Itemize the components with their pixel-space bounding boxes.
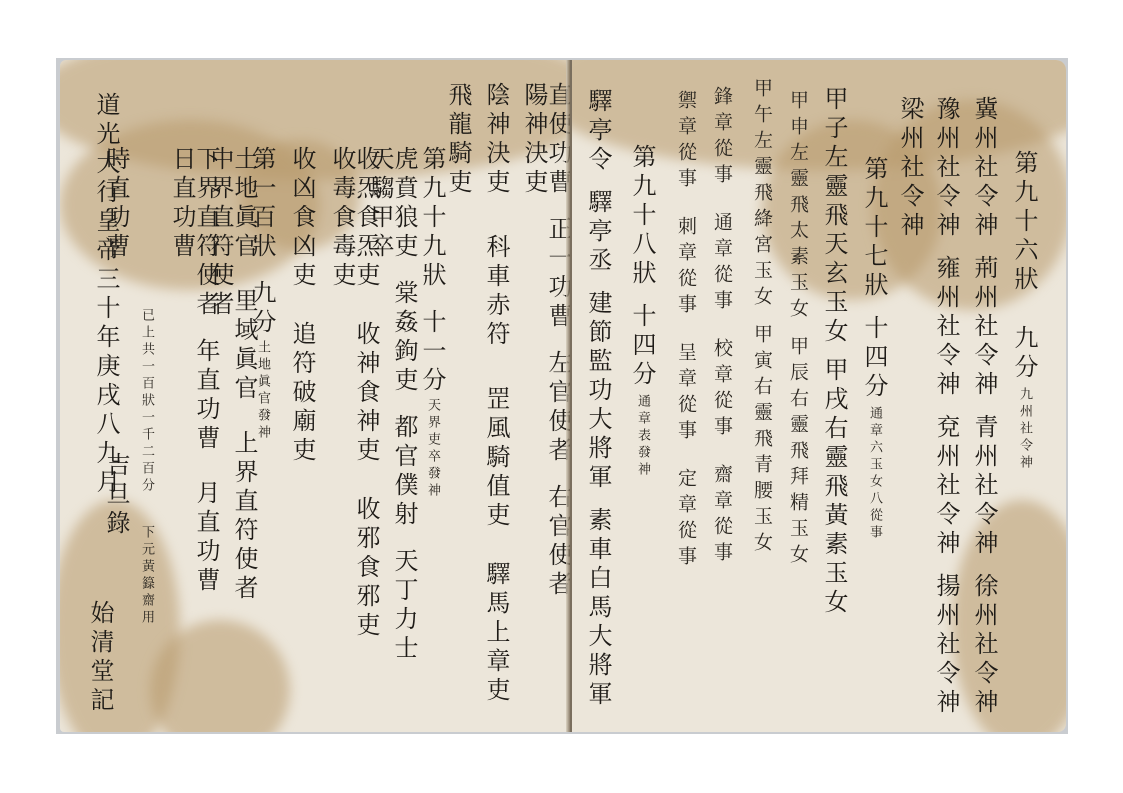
entry-text: 青州社令神 xyxy=(972,414,996,559)
section-score: 十一分 xyxy=(420,309,444,396)
entry-text: 甲子左靈飛天玄玉女 xyxy=(822,86,846,347)
entry-column: 收凶食凶吏追符破廟吏 xyxy=(290,146,314,466)
colophon-column: 道光大行皇帝三十年庚戌八九月 xyxy=(70,92,118,518)
entry-column: 禦章從事刺章從事呈章從事定章從事 xyxy=(676,90,695,572)
section-score: 十四分 xyxy=(630,303,654,390)
entry-text: 都官僕射 xyxy=(392,414,416,530)
entry-text: 荊州社令神 xyxy=(972,255,996,400)
section-heading-column: 第九十七狀十四分通章六玉女八從事 xyxy=(862,156,886,542)
entry-column: 直使功曹正一功曹左官使者右官使者陽神決吏 xyxy=(522,82,570,732)
entry-text: 年直功曹 xyxy=(194,338,218,454)
entry-text: 甲申左靈飛太素玉女 xyxy=(788,90,807,324)
entry-text: 收神食神吏 xyxy=(354,321,378,466)
entry-text: 驛亭丞 xyxy=(586,189,610,276)
section-note: 通章六玉女八從事 xyxy=(868,406,881,542)
entry-column: 鋒章從事通章從事校章從事齋章從事 xyxy=(712,86,731,568)
entry-text: 收毒食毒吏 xyxy=(330,146,354,291)
entry-text: 天丁力士 xyxy=(392,548,416,664)
entry-column: 驛亭令驛亭丞建節監功大將軍素車白馬大將軍 xyxy=(586,88,610,710)
summary-note-column: 已上共一百狀一千二百分下元黃籙齋用 xyxy=(140,308,153,627)
entry-column: 梁州社令神 xyxy=(898,96,922,241)
entry-text: 甲辰右靈飛拜精玉女 xyxy=(788,336,807,570)
entry-text: 禦章從事 xyxy=(676,90,695,194)
section-note: 通章表發神 xyxy=(636,394,649,479)
entry-text: 收凶食凶吏 xyxy=(290,146,314,291)
entry-text: 素車白馬大將軍 xyxy=(586,507,610,710)
ritual-use-note: 下元黃籙齋用 xyxy=(140,525,153,627)
entry-text: 冀州社令神 xyxy=(972,96,996,241)
section-score: 十四分 xyxy=(862,315,886,402)
entry-text: 虎賁狼吏 xyxy=(392,146,416,262)
entry-text: 甲寅右靈飛青腰玉女 xyxy=(752,324,771,558)
entry-text: 上界直符使者 xyxy=(232,430,256,604)
entry-text: 飛龍騎吏 xyxy=(446,82,470,198)
section-heading-column: 第九十八狀十四分通章表發神 xyxy=(630,144,654,479)
entry-text: 齋章從事 xyxy=(712,464,731,568)
entry-text: 鋒章從事 xyxy=(712,86,731,190)
entry-text: 土地眞官 xyxy=(232,146,256,262)
entry-column: 飛龍騎吏 xyxy=(446,82,470,198)
entry-text: 月直功曹 xyxy=(194,480,218,596)
entry-text: 追符破廟吏 xyxy=(290,321,314,466)
entry-text: 揚州社令神 xyxy=(934,573,958,718)
entry-text: 徐州社令神 xyxy=(972,573,996,718)
right-page: 第九十六狀九分九州社令神 冀州社令神荊州社令神青州社令神徐州社令神 豫州社令神雍… xyxy=(572,60,1066,732)
summary-note: 已上共一百狀一千二百分 xyxy=(140,308,153,495)
entry-text: 日直功曹 xyxy=(170,146,194,262)
entry-text: 下界直符使者 xyxy=(194,146,218,320)
entry-text: 兗州社令神 xyxy=(934,414,958,559)
colophon-studio: 始清堂記 xyxy=(88,600,112,716)
entry-column: 甲午左靈飛絳宮玉女甲寅右靈飛青腰玉女 xyxy=(752,78,771,558)
entry-text: 校章從事 xyxy=(712,338,731,442)
entry-column: 冀州社令神荊州社令神青州社令神徐州社令神 xyxy=(972,96,996,718)
bleed-through-text xyxy=(892,270,912,390)
entry-text: 罡風騎值吏 xyxy=(484,386,508,531)
colophon-date: 道光大行皇帝三十年庚戌八九月 xyxy=(94,92,118,498)
section-heading: 第九十六狀 xyxy=(1012,150,1036,295)
entry-text: 陽神決吏 xyxy=(522,82,546,198)
entry-text: 里域眞官 xyxy=(232,288,256,404)
entry-text: 驛亭令 xyxy=(586,88,610,175)
section-note: 天界吏卒發神 xyxy=(426,398,439,500)
entry-text: 刺章從事 xyxy=(676,216,695,320)
section-score: 九分 xyxy=(1012,325,1036,383)
left-page: 直使功曹正一功曹左官使者右官使者陽神決吏 陰神決吏科車赤符罡風騎值吏驛馬上章吏 … xyxy=(60,60,570,732)
entry-column: 甲申左靈飛太素玉女甲辰右靈飛拜精玉女 xyxy=(788,90,807,570)
entry-column: 下界直符使者年直功曹月直功曹日直功曹 xyxy=(170,146,218,732)
entry-text: 呈章從事 xyxy=(676,342,695,446)
entry-text: 雍州社令神 xyxy=(934,255,958,400)
entry-column: 陰神決吏科車赤符罡風騎值吏驛馬上章吏 xyxy=(484,82,508,706)
section-heading: 第九十七狀 xyxy=(862,156,886,301)
entry-text: 甲戌右靈飛黃素玉女 xyxy=(822,357,846,618)
colophon-column: 始清堂記 xyxy=(88,600,112,716)
section-heading-column: 第九十六狀九分九州社令神 xyxy=(1012,150,1036,472)
section-heading: 第九十八狀 xyxy=(630,144,654,289)
section-heading: 第九十九狀 xyxy=(420,146,444,291)
entry-text: 梁州社令神 xyxy=(898,96,922,241)
section-heading-column: 第九十九狀十一分天界吏卒發神 xyxy=(420,146,444,500)
entry-text: 建節監功大將軍 xyxy=(586,290,610,493)
entry-text: 收邪食邪吏 xyxy=(354,496,378,641)
entry-text: 驛馬上章吏 xyxy=(484,561,508,706)
entry-text: 定章從事 xyxy=(676,468,695,572)
entry-text: 科車赤符 xyxy=(484,234,508,350)
entry-column: 收炁食炁吏收神食神吏收邪食邪吏收毒食毒吏 xyxy=(330,146,378,732)
entry-text: 豫州社令神 xyxy=(934,96,958,241)
entry-text: 通章從事 xyxy=(712,212,731,316)
entry-text: 收炁食炁吏 xyxy=(354,146,378,291)
entry-text: 甲午左靈飛絳宮玉女 xyxy=(752,78,771,312)
entry-column: 甲子左靈飛天玄玉女甲戌右靈飛黃素玉女 xyxy=(822,86,846,618)
entry-column: 豫州社令神雍州社令神兗州社令神揚州社令神 xyxy=(934,96,958,718)
section-note: 九州社令神 xyxy=(1018,387,1031,472)
entry-text: 棠姦鉤吏 xyxy=(392,280,416,396)
entry-text: 陰神決吏 xyxy=(484,82,508,198)
